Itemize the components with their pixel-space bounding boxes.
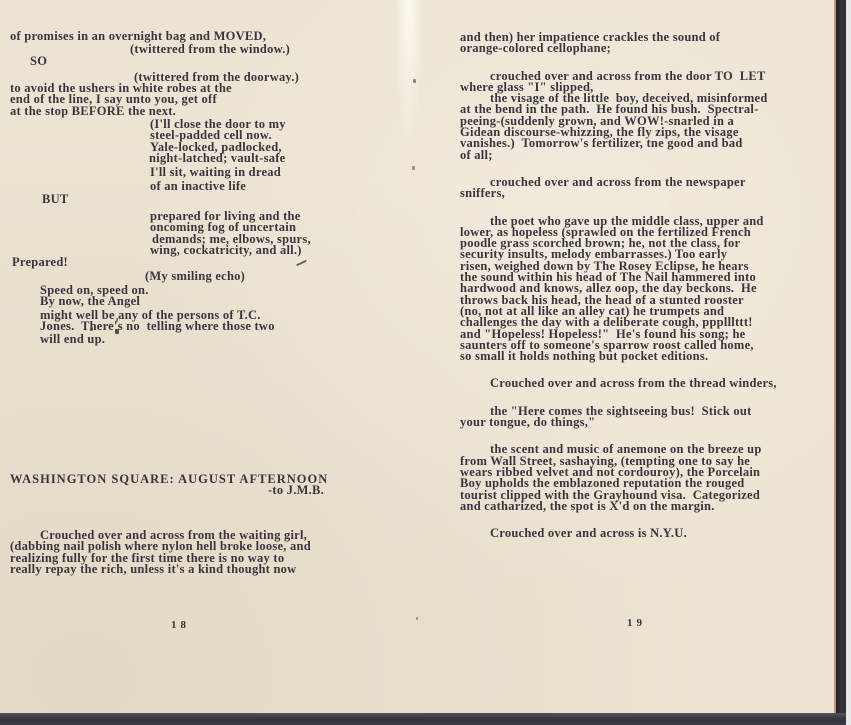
- text-line: I'll sit, waiting in dread: [10, 167, 424, 178]
- text-line: (twittered from the window.): [10, 44, 424, 55]
- poem-dedication: -to J.M.B.: [10, 485, 424, 496]
- poem-title-block: WASHINGTON SQUARE: AUGUST AFTERNOON -to …: [10, 474, 424, 497]
- text-line: crouched over and across from the newspa…: [460, 177, 830, 188]
- ink-mark: [412, 166, 415, 170]
- text-line: SO: [10, 56, 424, 67]
- text-line: and catharized, the spot is X'd on the m…: [460, 501, 830, 512]
- text-line: your tongue, do things,": [460, 417, 830, 428]
- ink-mark: [416, 617, 418, 620]
- text-line: orange-colored cellophane;: [460, 43, 830, 54]
- ink-mark: [413, 79, 416, 83]
- text-line: night-latched; vault-safe: [10, 153, 424, 164]
- text-line: Crouched over and across from the thread…: [460, 378, 830, 389]
- text-line: of all;: [460, 150, 830, 161]
- poem-body-text: and then) her impatience crackles the so…: [460, 32, 830, 539]
- text-line: of an inactive life: [10, 181, 424, 192]
- book-cover-edge-bottom: [0, 713, 846, 725]
- text-line: By now, the Angel: [10, 296, 424, 307]
- text-line: sniffers,: [460, 188, 830, 199]
- text-line: Crouched over and across is N.Y.U.: [460, 528, 830, 539]
- text-line: Prepared!: [10, 257, 424, 268]
- poem-opening-paragraph: Crouched over and across from the waitin…: [10, 530, 424, 575]
- page-number-right: 19: [627, 617, 646, 629]
- page-left: of promises in an overnight bag and MOVE…: [0, 0, 430, 713]
- book-cover-edge-right: [836, 0, 846, 725]
- book-spread: of promises in an overnight bag and MOVE…: [0, 0, 851, 725]
- text-line: of promises in an overnight bag and MOVE…: [10, 31, 424, 42]
- text-line: at the stop BEFORE the next.: [10, 106, 424, 117]
- text-line: Jones. There's no telling where those tw…: [10, 321, 424, 332]
- text-line: really repay the rich, unless it's a kin…: [10, 564, 424, 575]
- text-line: BUT: [10, 194, 424, 205]
- poem-title: WASHINGTON SQUARE: AUGUST AFTERNOON: [10, 474, 424, 485]
- text-line: wing, cockatricity, and all.): [10, 245, 424, 256]
- ink-mark: [115, 329, 119, 334]
- text-line: (My smiling echo): [10, 271, 424, 282]
- poem-block: of promises in an overnight bag and MOVE…: [10, 31, 424, 345]
- text-line: so small it holds nothing but pocket edi…: [460, 351, 830, 362]
- text-line: will end up.: [10, 334, 424, 345]
- page-number-left: 18: [171, 619, 190, 631]
- page-right: and then) her impatience crackles the so…: [430, 0, 834, 713]
- text-line: vanishes.) Tomorrow's fertilizer, tne go…: [460, 138, 830, 149]
